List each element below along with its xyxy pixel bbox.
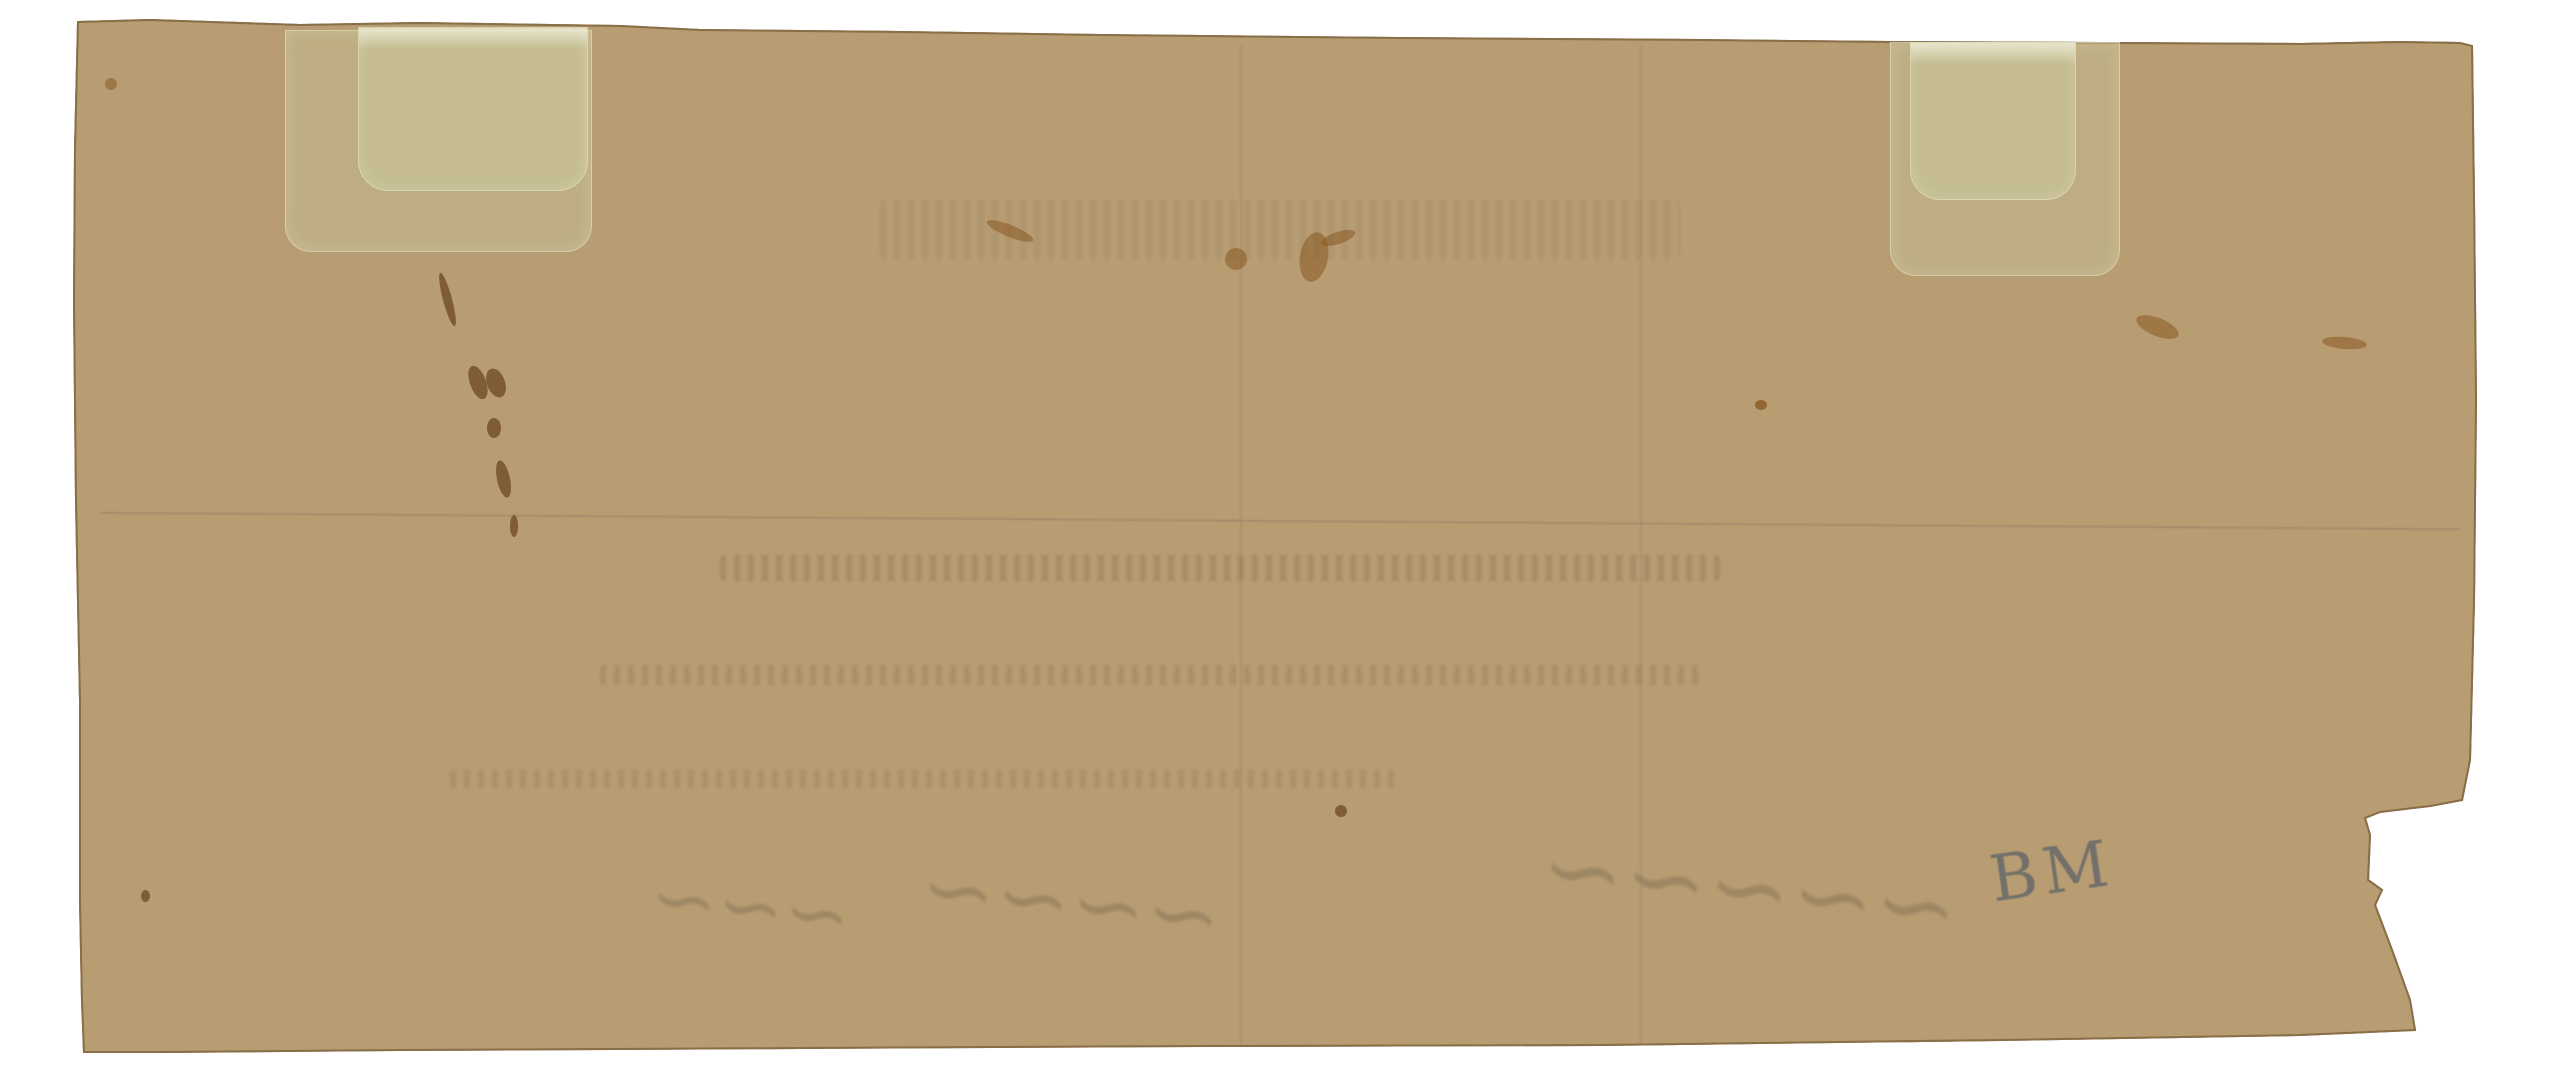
tape-frost — [359, 28, 587, 50]
show-through-print — [880, 200, 1680, 260]
ink-stain — [105, 78, 117, 90]
show-through-print — [720, 555, 1720, 581]
ink-stain — [141, 890, 150, 902]
tape-frost — [1911, 43, 2075, 65]
show-through-print — [450, 770, 1400, 788]
ink-stain — [487, 418, 501, 438]
scan-area: ~~~ ~~~~ ~~~~~ BM — [0, 0, 2560, 1090]
ink-stain — [510, 515, 518, 537]
show-through-print — [600, 665, 1700, 685]
ink-stain — [1755, 400, 1767, 410]
tape-patch-right — [1910, 42, 2076, 200]
vertical-crease — [1240, 45, 1242, 1045]
tape-patch-left — [358, 27, 588, 191]
ink-stain — [1335, 805, 1347, 817]
